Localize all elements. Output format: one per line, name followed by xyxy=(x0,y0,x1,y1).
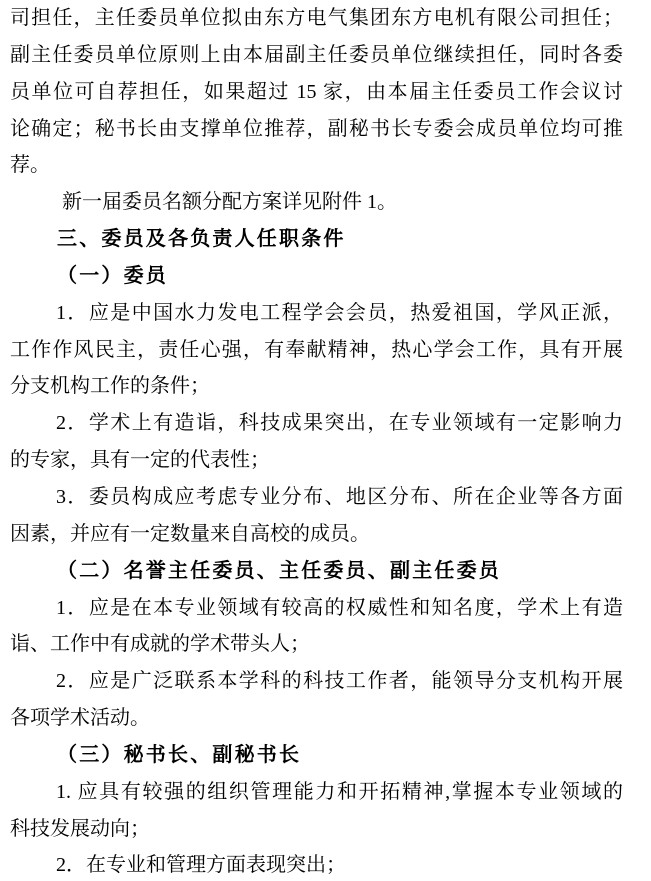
text-line: 科技发展动向； xyxy=(10,811,623,848)
section-heading: （二）名誉主任委员、主任委员、副主任委员 xyxy=(10,553,623,590)
text-line: 副主任委员单位原则上由本届副主任委员单位继续担任，同时各委 xyxy=(10,37,623,74)
paragraph: 1. 应具有较强的组织管理能力和开拓精神,掌握本专业领域的科技发展动向； xyxy=(10,774,623,848)
text-line: 1．应是中国水力发电工程学会会员，热爱祖国，学风正派， xyxy=(10,295,623,332)
document-body: 司担任，主任委员单位拟由东方电气集团东方电机有限公司担任；副主任委员单位原则上由… xyxy=(10,0,623,881)
text-line: （二）名誉主任委员、主任委员、副主任委员 xyxy=(10,553,623,590)
document-page: 司担任，主任委员单位拟由东方电气集团东方电机有限公司担任；副主任委员单位原则上由… xyxy=(0,0,651,881)
paragraph: 司担任，主任委员单位拟由东方电气集团东方电机有限公司担任；副主任委员单位原则上由… xyxy=(10,0,623,184)
text-line: （一）委员 xyxy=(10,258,623,295)
text-line: 工作作风民主，责任心强，有奉献精神，热心学会工作，具有开展 xyxy=(10,332,623,369)
text-line: 三、委员及各负责人任职条件 xyxy=(10,221,623,258)
text-line: 2．学术上有造诣，科技成果突出，在专业领域有一定影响力 xyxy=(10,405,623,442)
text-line: 分支机构工作的条件； xyxy=(10,368,623,405)
text-line: 司担任，主任委员单位拟由东方电气集团东方电机有限公司担任； xyxy=(10,0,623,37)
paragraph: 新一届委员名额分配方案详见附件 1。 xyxy=(10,184,623,221)
paragraph: 1．应是中国水力发电工程学会会员，热爱祖国，学风正派，工作作风民主，责任心强，有… xyxy=(10,295,623,406)
section-heading: （三）秘书长、副秘书长 xyxy=(10,737,623,774)
paragraph: 2．学术上有造诣，科技成果突出，在专业领域有一定影响力的专家，具有一定的代表性； xyxy=(10,405,623,479)
text-line: 2．应是广泛联系本学科的科技工作者，能领导分支机构开展 xyxy=(10,663,623,700)
paragraph: 1．应是在本专业领域有较高的权威性和知名度，学术上有造诣、工作中有成就的学术带头… xyxy=(10,590,623,664)
paragraph: 3．委员构成应考虑专业分布、地区分布、所在企业等各方面因素，并应有一定数量来自高… xyxy=(10,479,623,553)
paragraph: 2．应是广泛联系本学科的科技工作者，能领导分支机构开展各项学术活动。 xyxy=(10,663,623,737)
text-line: 论确定；秘书长由支撑单位推荐，副秘书长专委会成员单位均可推 xyxy=(10,111,623,148)
text-line: 1．应是在本专业领域有较高的权威性和知名度，学术上有造 xyxy=(10,590,623,627)
text-line: 荐。 xyxy=(10,147,623,184)
text-line: 2．在专业和管理方面表现突出； xyxy=(10,847,623,881)
section-heading: （一）委员 xyxy=(10,258,623,295)
section-heading: 三、委员及各负责人任职条件 xyxy=(10,221,623,258)
paragraph: 2．在专业和管理方面表现突出； xyxy=(10,847,623,881)
text-line: 各项学术活动。 xyxy=(10,700,623,737)
text-line: 员单位可自荐担任，如果超过 15 家，由本届主任委员工作会议讨 xyxy=(10,74,623,111)
text-line: 新一届委员名额分配方案详见附件 1。 xyxy=(10,184,623,221)
text-line: 3．委员构成应考虑专业分布、地区分布、所在企业等各方面 xyxy=(10,479,623,516)
text-line: （三）秘书长、副秘书长 xyxy=(10,737,623,774)
text-line: 1. 应具有较强的组织管理能力和开拓精神,掌握本专业领域的 xyxy=(10,774,623,811)
text-line: 因素，并应有一定数量来自高校的成员。 xyxy=(10,516,623,553)
text-line: 诣、工作中有成就的学术带头人； xyxy=(10,626,623,663)
text-line: 的专家，具有一定的代表性； xyxy=(10,442,623,479)
